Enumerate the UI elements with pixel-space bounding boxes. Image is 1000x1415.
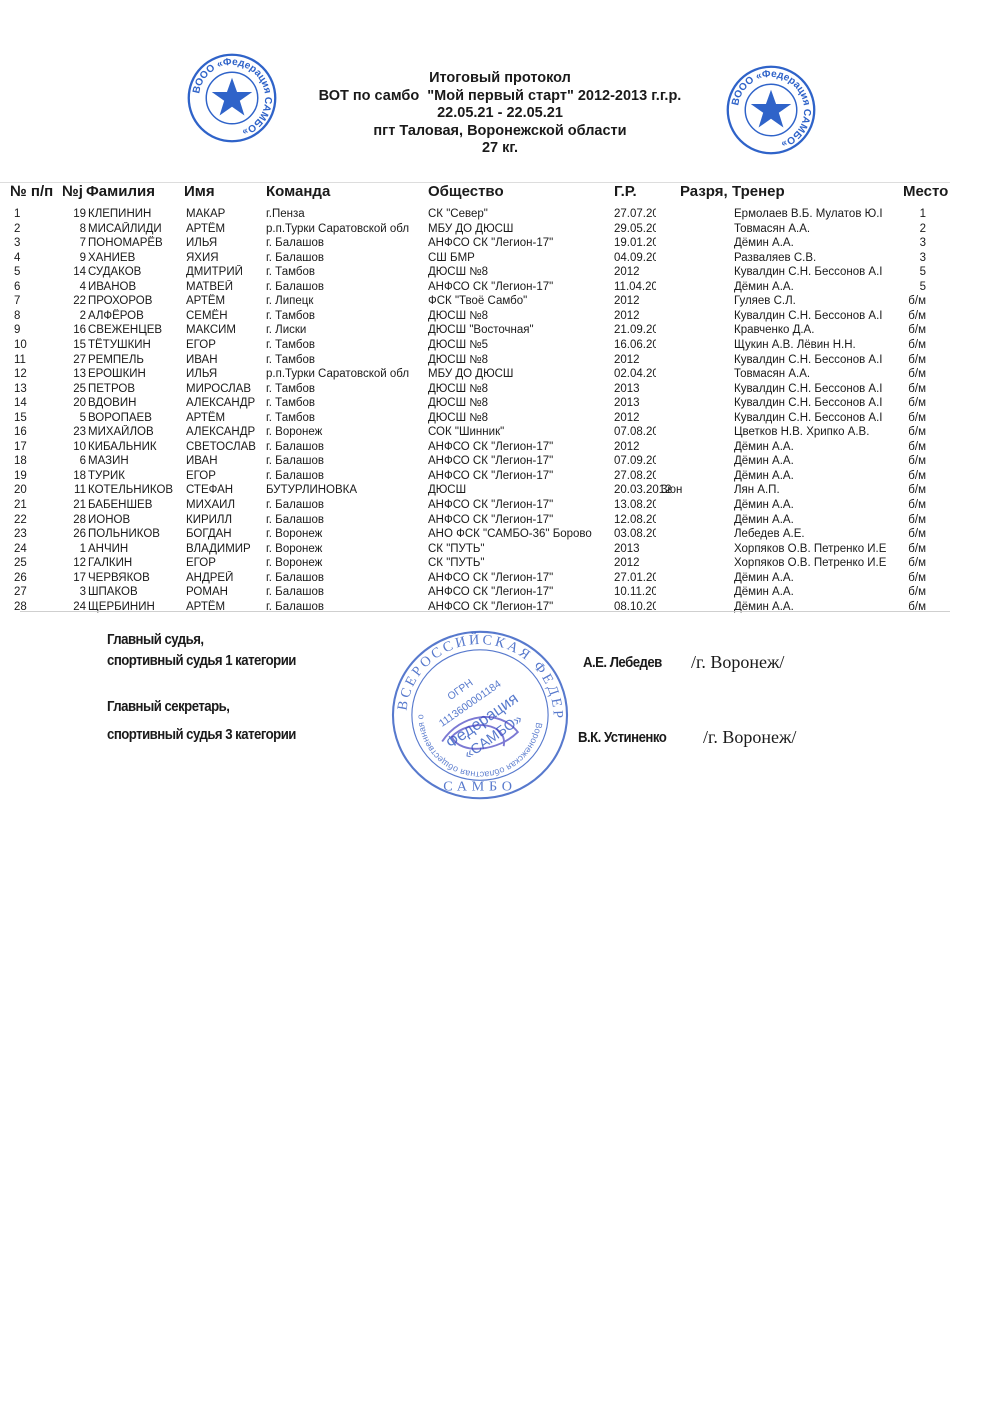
table-cell: АНЧИН bbox=[88, 542, 186, 556]
table-cell: МАКАР bbox=[186, 207, 268, 221]
table-cell: 23 bbox=[14, 527, 54, 541]
table-cell: Дёмин А.А. bbox=[734, 571, 896, 585]
table-cell: 1 bbox=[14, 207, 54, 221]
table-cell: 2012 bbox=[614, 411, 656, 425]
column-header: № п/п bbox=[10, 183, 64, 200]
table-cell: МАТВЕЙ bbox=[186, 280, 268, 294]
table-cell: б/м bbox=[880, 440, 926, 454]
table-cell: 22 bbox=[64, 294, 86, 308]
table-cell: ФСК "Твоё Самбо" bbox=[428, 294, 614, 308]
table-cell: б/м bbox=[880, 527, 926, 541]
table-cell: 2012 bbox=[614, 294, 656, 308]
table-cell: 3 bbox=[14, 236, 54, 250]
table-cell: АЛФЁРОВ bbox=[88, 309, 186, 323]
table-cell: г. Воронеж bbox=[266, 556, 428, 570]
table-cell: 5 bbox=[880, 280, 926, 294]
table-cell: г. Балашов bbox=[266, 454, 428, 468]
table-cell: 29.05.2012 bbox=[614, 222, 656, 236]
table-cell: СВЕЖЕНЦЕВ bbox=[88, 323, 186, 337]
table-cell: г. Воронеж bbox=[266, 542, 428, 556]
table-cell: АНФСО СК "Легион-17" bbox=[428, 498, 614, 512]
table-cell: 07.08.2012 bbox=[614, 425, 656, 439]
official-stamp: ВСЕРОССИЙСКАЯ ФЕДЕРАЦИЯ САМБО Воронежска… bbox=[385, 628, 575, 803]
chief-secretary-city: /г. Воронеж/ bbox=[703, 727, 796, 748]
table-cell: МИРОСЛАВ bbox=[186, 382, 268, 396]
table-cell: ПОЛЬНИКОВ bbox=[88, 527, 186, 541]
table-cell: ТЁТУШКИН bbox=[88, 338, 186, 352]
table-cell: б/м bbox=[880, 309, 926, 323]
table-cell: 13 bbox=[64, 367, 86, 381]
table-cell: ДЮСШ "Восточная" bbox=[428, 323, 614, 337]
table-cell: 11.04.2012 bbox=[614, 280, 656, 294]
table-cell: Товмасян А.А. bbox=[734, 367, 896, 381]
table-cell: ЕРОШКИН bbox=[88, 367, 186, 381]
table-cell: г. Балашов bbox=[266, 585, 428, 599]
table-cell: 19.01.2012 bbox=[614, 236, 656, 250]
table-cell: г. Тамбов bbox=[266, 411, 428, 425]
table-cell: г. Тамбов bbox=[266, 396, 428, 410]
table-cell: 13 bbox=[14, 382, 54, 396]
chief-judge-name: А.Е. Лебедев bbox=[583, 654, 662, 671]
table-cell: б/м bbox=[880, 294, 926, 308]
table-cell: 19 bbox=[64, 207, 86, 221]
table-cell: 2012 bbox=[614, 440, 656, 454]
table-cell: 8 bbox=[14, 309, 54, 323]
title-line-venue: пгт Таловая, Воронежской области bbox=[0, 123, 1000, 141]
table-cell: б/м bbox=[880, 411, 926, 425]
table-cell: 28 bbox=[64, 513, 86, 527]
table-cell: АНДРЕЙ bbox=[186, 571, 268, 585]
table-cell: Дёмин А.А. bbox=[734, 280, 896, 294]
table-cell: 4 bbox=[14, 251, 54, 265]
table-cell: Дёмин А.А. bbox=[734, 585, 896, 599]
table-cell: г. Воронеж bbox=[266, 425, 428, 439]
table-cell: 25 bbox=[14, 556, 54, 570]
table-cell: СУДАКОВ bbox=[88, 265, 186, 279]
table-cell: КИБАЛЬНИК bbox=[88, 440, 186, 454]
table-cell: Кувалдин С.Н. Бессонов А.І bbox=[734, 353, 896, 367]
table-cell: ДЮСШ №5 bbox=[428, 338, 614, 352]
table-cell: 2013 bbox=[614, 396, 656, 410]
table-cell: б/м bbox=[880, 542, 926, 556]
table-cell: 9 bbox=[64, 251, 86, 265]
table-cell: г. Балашов bbox=[266, 469, 428, 483]
table-cell: Кувалдин С.Н. Бессонов А.І bbox=[734, 382, 896, 396]
table-cell: г. Балашов bbox=[266, 571, 428, 585]
table-cell: 20 bbox=[14, 483, 54, 497]
table-cell: Дёмин А.А. bbox=[734, 498, 896, 512]
table-cell: ДЮСШ №8 bbox=[428, 382, 614, 396]
table-cell: 27.01.2013 bbox=[614, 571, 656, 585]
table-cell: АНФСО СК "Легион-17" bbox=[428, 236, 614, 250]
column-header: Место bbox=[903, 183, 953, 200]
table-cell: Дёмин А.А. bbox=[734, 236, 896, 250]
column-header: Имя bbox=[184, 183, 268, 200]
table-cell: Хорпяков О.В. Петренко И.Е bbox=[734, 542, 896, 556]
table-cell: АНО ФСК "САМБО-36" Борово bbox=[428, 527, 614, 541]
table-cell: ИЛЬЯ bbox=[186, 367, 268, 381]
svg-text:САМБО: САМБО bbox=[443, 779, 517, 795]
table-cell: г.Пенза bbox=[266, 207, 428, 221]
table-cell: СВЕТОСЛАВ bbox=[186, 440, 268, 454]
table-cell: Разваляев С.В. bbox=[734, 251, 896, 265]
table-cell: ВДОВИН bbox=[88, 396, 186, 410]
table-bottom-line bbox=[20, 611, 950, 612]
table-cell: 12.08.2013 bbox=[614, 513, 656, 527]
table-cell: г. Балашов bbox=[266, 498, 428, 512]
table-cell: 2012 bbox=[614, 353, 656, 367]
table-cell: 2012 bbox=[614, 556, 656, 570]
table-cell: АНФСО СК "Легион-17" bbox=[428, 513, 614, 527]
table-cell: 16 bbox=[14, 425, 54, 439]
chief-secretary-name: В.К. Устиненко bbox=[578, 729, 666, 746]
title-line-dates: 22.05.21 - 22.05.21 bbox=[0, 105, 1000, 123]
table-cell: ДЮСШ №8 bbox=[428, 353, 614, 367]
table-cell: 2012 bbox=[614, 309, 656, 323]
column-header: Команда bbox=[266, 183, 426, 200]
table-cell: р.п.Турки Саратовской обл bbox=[266, 367, 428, 381]
table-cell: б/м bbox=[880, 353, 926, 367]
table-cell: МИСАЙЛИДИ bbox=[88, 222, 186, 236]
table-cell: б/м bbox=[880, 338, 926, 352]
table-cell: ДЮСШ №8 bbox=[428, 309, 614, 323]
table-cell: 3 bbox=[880, 251, 926, 265]
table-cell: 1 bbox=[880, 207, 926, 221]
table-cell: 24 bbox=[14, 542, 54, 556]
table-cell: МИХАЙЛОВ bbox=[88, 425, 186, 439]
table-cell: б/м bbox=[880, 483, 926, 497]
table-cell: Дёмин А.А. bbox=[734, 469, 896, 483]
chief-judge-role-2: спортивный судья 1 категории bbox=[107, 651, 296, 671]
table-cell: Лян А.П. bbox=[734, 483, 896, 497]
table-cell: б/м bbox=[880, 513, 926, 527]
table-cell: Кравченко Д.А. bbox=[734, 323, 896, 337]
table-cell: г. Тамбов bbox=[266, 338, 428, 352]
protocol-title: Итоговый протокол ВОТ по самбо "Мой перв… bbox=[0, 70, 1000, 158]
table-cell: 2013 bbox=[614, 382, 656, 396]
table-cell: БАБЕНШЕВ bbox=[88, 498, 186, 512]
table-cell: 12 bbox=[64, 556, 86, 570]
table-cell: 26 bbox=[14, 571, 54, 585]
table-cell: б/м bbox=[880, 454, 926, 468]
table-cell: 20 bbox=[64, 396, 86, 410]
table-cell: ЕГОР bbox=[186, 338, 268, 352]
column-header: №j bbox=[62, 183, 88, 200]
table-cell: СК "Север" bbox=[428, 207, 614, 221]
table-cell: 27 bbox=[64, 353, 86, 367]
table-cell: Хорпяков О.В. Петренко И.Е bbox=[734, 556, 896, 570]
table-cell: 18 bbox=[64, 469, 86, 483]
table-cell: АНФСО СК "Легион-17" bbox=[428, 469, 614, 483]
table-cell: б/м bbox=[880, 585, 926, 599]
table-cell: 27.07.2012 bbox=[614, 207, 656, 221]
table-cell: 15 bbox=[14, 411, 54, 425]
table-cell: 17 bbox=[64, 571, 86, 585]
table-cell: АЛЕКСАНДР bbox=[186, 396, 268, 410]
table-cell: Гуляев С.Л. bbox=[734, 294, 896, 308]
table-cell: МИХАИЛ bbox=[186, 498, 268, 512]
table-cell: ДЮСШ №8 bbox=[428, 396, 614, 410]
table-cell: 5 bbox=[880, 265, 926, 279]
table-cell: б/м bbox=[880, 367, 926, 381]
table-cell: КИРИЛЛ bbox=[186, 513, 268, 527]
table-cell: г. Балашов bbox=[266, 440, 428, 454]
table-cell: Ермолаев В.Б. Мулатов Ю.І bbox=[734, 207, 896, 221]
table-cell: АНФСО СК "Легион-17" bbox=[428, 454, 614, 468]
table-cell: 6 bbox=[64, 454, 86, 468]
table-cell: 10 bbox=[14, 338, 54, 352]
title-line-2: ВОТ по самбо "Мой первый старт" 2012-201… bbox=[0, 88, 1000, 106]
table-cell: 23 bbox=[64, 425, 86, 439]
table-cell: 26 bbox=[64, 527, 86, 541]
table-cell: ИВАН bbox=[186, 454, 268, 468]
table-cell: ИВАН bbox=[186, 353, 268, 367]
table-cell: 5 bbox=[14, 265, 54, 279]
table-cell: ЕГОР bbox=[186, 469, 268, 483]
table-cell: 04.09.2012 bbox=[614, 251, 656, 265]
table-cell: АНФСО СК "Легион-17" bbox=[428, 585, 614, 599]
table-cell: АРТЁМ bbox=[186, 411, 268, 425]
chief-secretary-role-2: спортивный судья 3 категории bbox=[107, 725, 296, 745]
table-cell: 02.04.2013 bbox=[614, 367, 656, 381]
table-cell: АРТЁМ bbox=[186, 294, 268, 308]
table-cell: г. Тамбов bbox=[266, 265, 428, 279]
table-cell: г. Балашов bbox=[266, 251, 428, 265]
table-cell: ДМИТРИЙ bbox=[186, 265, 268, 279]
table-cell: 11 bbox=[14, 353, 54, 367]
table-cell: ДЮСШ №8 bbox=[428, 265, 614, 279]
table-cell: ЕГОР bbox=[186, 556, 268, 570]
table-cell: б/м bbox=[880, 556, 926, 570]
table-cell: 10 bbox=[64, 440, 86, 454]
table-cell: б/м bbox=[880, 396, 926, 410]
table-cell: АЛЕКСАНДР bbox=[186, 425, 268, 439]
chief-judge-city: /г. Воронеж/ bbox=[691, 652, 784, 673]
table-cell: 14 bbox=[14, 396, 54, 410]
table-cell: б/м bbox=[880, 498, 926, 512]
table-cell: СТЕФАН bbox=[186, 483, 268, 497]
table-cell: 6 bbox=[14, 280, 54, 294]
table-cell: 17 bbox=[14, 440, 54, 454]
table-cell: АНФСО СК "Легион-17" bbox=[428, 280, 614, 294]
table-cell: 21.09.2012 bbox=[614, 323, 656, 337]
table-cell: ГАЛКИН bbox=[88, 556, 186, 570]
table-cell: 2 bbox=[14, 222, 54, 236]
table-cell: 16 bbox=[64, 323, 86, 337]
table-cell: 07.09.2013 bbox=[614, 454, 656, 468]
table-cell: ИВАНОВ bbox=[88, 280, 186, 294]
column-header: Фамилия bbox=[86, 183, 186, 200]
table-cell: ПОНОМАРЁВ bbox=[88, 236, 186, 250]
table-cell: 19 bbox=[14, 469, 54, 483]
table-cell: 13.08.2012 bbox=[614, 498, 656, 512]
table-cell: Дёмин А.А. bbox=[734, 440, 896, 454]
title-line-weight: 27 кг. bbox=[0, 140, 1000, 158]
table-cell: 2 bbox=[64, 309, 86, 323]
table-cell: МАЗИН bbox=[88, 454, 186, 468]
table-cell: СШ БМР bbox=[428, 251, 614, 265]
table-cell: 3юн bbox=[661, 483, 691, 497]
table-cell: СЕМЁН bbox=[186, 309, 268, 323]
table-cell: 22 bbox=[14, 513, 54, 527]
table-cell: 7 bbox=[14, 294, 54, 308]
table-cell: ЧЕРВЯКОВ bbox=[88, 571, 186, 585]
table-cell: 2012 bbox=[614, 265, 656, 279]
table-cell: 21 bbox=[64, 498, 86, 512]
table-cell: Дёмин А.А. bbox=[734, 454, 896, 468]
table-cell: г. Липецк bbox=[266, 294, 428, 308]
table-cell: КОТЕЛЬНИКОВ bbox=[88, 483, 186, 497]
column-header: Разря, bbox=[680, 183, 734, 200]
table-cell: 14 bbox=[64, 265, 86, 279]
table-cell: б/м bbox=[880, 469, 926, 483]
title-line-1: Итоговый протокол bbox=[0, 70, 1000, 88]
column-header: Общество bbox=[428, 183, 614, 200]
table-cell: 7 bbox=[64, 236, 86, 250]
table-cell: Кувалдин С.Н. Бессонов А.І bbox=[734, 309, 896, 323]
table-cell: б/м bbox=[880, 323, 926, 337]
column-header: Г.Р. bbox=[614, 183, 684, 200]
table-cell: СК "ПУТЬ" bbox=[428, 556, 614, 570]
table-cell: 2013 bbox=[614, 542, 656, 556]
table-cell: Кувалдин С.Н. Бессонов А.І bbox=[734, 265, 896, 279]
table-cell: РОМАН bbox=[186, 585, 268, 599]
table-cell: БУТУРЛИНОВКА bbox=[266, 483, 428, 497]
table-cell: г. Балашов bbox=[266, 236, 428, 250]
table-cell: 3 bbox=[64, 585, 86, 599]
table-cell: 1 bbox=[64, 542, 86, 556]
table-cell: ВОРОПАЕВ bbox=[88, 411, 186, 425]
table-cell: ЯХИЯ bbox=[186, 251, 268, 265]
column-header: Тренер bbox=[732, 183, 902, 200]
table-cell: ВЛАДИМИР bbox=[186, 542, 268, 556]
table-cell: АНФСО СК "Легион-17" bbox=[428, 571, 614, 585]
table-cell: АРТЁМ bbox=[186, 222, 268, 236]
table-cell: Лебедев А.Е. bbox=[734, 527, 896, 541]
table-cell: 03.08.2012 bbox=[614, 527, 656, 541]
table-cell: Дёмин А.А. bbox=[734, 513, 896, 527]
table-cell: 15 bbox=[64, 338, 86, 352]
table-cell: ИОНОВ bbox=[88, 513, 186, 527]
table-cell: 8 bbox=[64, 222, 86, 236]
table-cell: 3 bbox=[880, 236, 926, 250]
table-cell: Кувалдин С.Н. Бессонов А.І bbox=[734, 411, 896, 425]
table-cell: 12 bbox=[14, 367, 54, 381]
table-cell: МБУ ДО ДЮСШ bbox=[428, 367, 614, 381]
table-cell: МБУ ДО ДЮСШ bbox=[428, 222, 614, 236]
table-cell: ХАНИЕВ bbox=[88, 251, 186, 265]
table-cell: г. Воронеж bbox=[266, 527, 428, 541]
table-cell: б/м bbox=[880, 571, 926, 585]
table-cell: р.п.Турки Саратовской обл bbox=[266, 222, 428, 236]
table-cell: ШПАКОВ bbox=[88, 585, 186, 599]
table-cell: ПЕТРОВ bbox=[88, 382, 186, 396]
table-cell: г. Тамбов bbox=[266, 309, 428, 323]
table-cell: 27 bbox=[14, 585, 54, 599]
table-cell: Товмасян А.А. bbox=[734, 222, 896, 236]
table-cell: Цветков Н.В. Хрипко А.В. bbox=[734, 425, 896, 439]
table-cell: 2 bbox=[880, 222, 926, 236]
table-cell: БОГДАН bbox=[186, 527, 268, 541]
table-cell: ПРОХОРОВ bbox=[88, 294, 186, 308]
chief-judge-role-1: Главный судья, bbox=[107, 630, 204, 650]
table-cell: ТУРИК bbox=[88, 469, 186, 483]
table-cell: 4 bbox=[64, 280, 86, 294]
table-cell: 9 bbox=[14, 323, 54, 337]
table-cell: СОК "Шинник" bbox=[428, 425, 614, 439]
table-cell: г. Балашов bbox=[266, 280, 428, 294]
table-cell: СК "ПУТЬ" bbox=[428, 542, 614, 556]
table-cell: г. Лиски bbox=[266, 323, 428, 337]
table-cell: 11 bbox=[64, 483, 86, 497]
table-cell: ДЮСШ bbox=[428, 483, 614, 497]
table-cell: Кувалдин С.Н. Бессонов А.І bbox=[734, 396, 896, 410]
table-cell: 5 bbox=[64, 411, 86, 425]
table-cell: г. Тамбов bbox=[266, 382, 428, 396]
table-cell: ДЮСШ №8 bbox=[428, 411, 614, 425]
table-cell: АНФСО СК "Легион-17" bbox=[428, 440, 614, 454]
table-cell: 25 bbox=[64, 382, 86, 396]
table-cell: б/м bbox=[880, 382, 926, 396]
chief-secretary-role-1: Главный секретарь, bbox=[107, 697, 229, 717]
table-cell: б/м bbox=[880, 425, 926, 439]
table-cell: ИЛЬЯ bbox=[186, 236, 268, 250]
table-cell: МАКСИМ bbox=[186, 323, 268, 337]
table-cell: 27.08.2012 bbox=[614, 469, 656, 483]
table-cell: 21 bbox=[14, 498, 54, 512]
table-cell: 10.11.2013 bbox=[614, 585, 656, 599]
table-cell: Щукин А.В. Лёвин Н.Н. bbox=[734, 338, 896, 352]
table-cell: 16.06.2013 bbox=[614, 338, 656, 352]
table-cell: КЛЕПИНИН bbox=[88, 207, 186, 221]
table-cell: 18 bbox=[14, 454, 54, 468]
table-cell: РЕМПЕЛЬ bbox=[88, 353, 186, 367]
table-cell: г. Тамбов bbox=[266, 353, 428, 367]
table-cell: г. Балашов bbox=[266, 513, 428, 527]
